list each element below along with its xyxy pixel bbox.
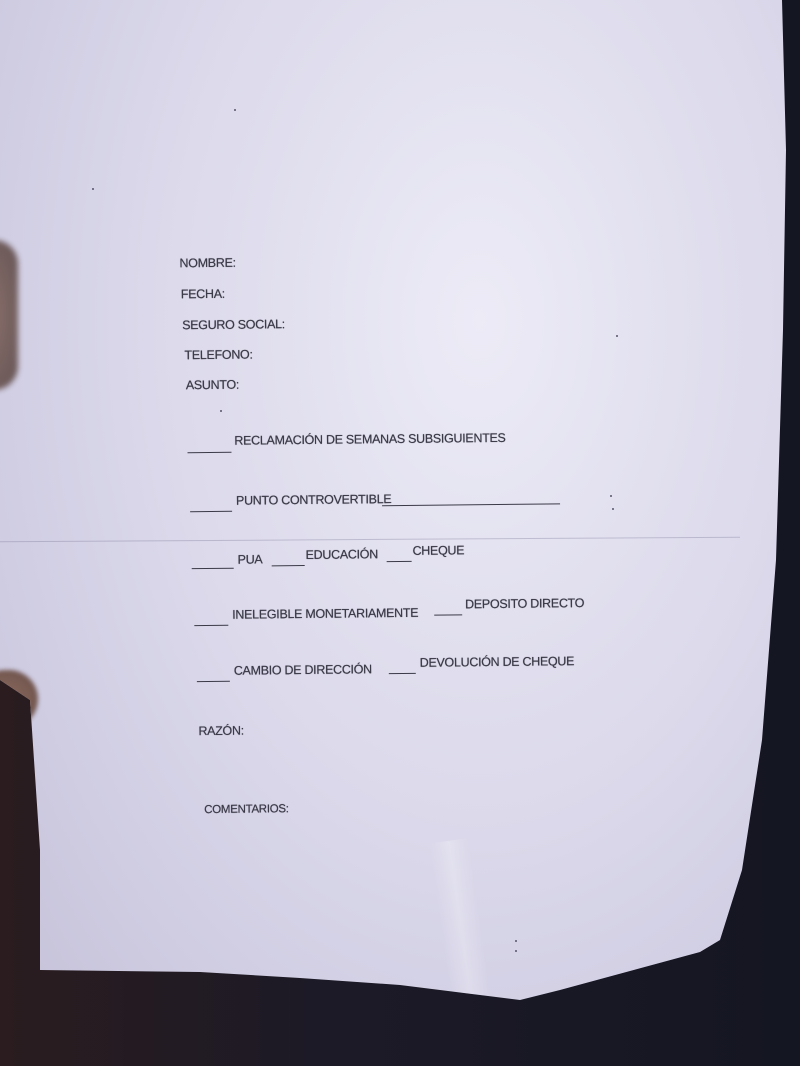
checkbox-blank-inelegible[interactable]	[194, 624, 228, 626]
field-asunto: ASUNTO:	[186, 378, 239, 393]
field-fecha: FECHA:	[181, 287, 225, 301]
checkbox-blank-cheque[interactable]	[387, 560, 412, 562]
checkbox-blank-educacion[interactable]	[272, 564, 305, 566]
option-cambio-direccion: CAMBIO DE DIRECCIÓN	[234, 662, 372, 677]
speck	[616, 335, 618, 337]
option-reclamacion-semanas: RECLAMACIÓN DE SEMANAS SUBSIGUIENTES	[234, 431, 505, 448]
punto-controvertible-fill-line[interactable]	[382, 502, 560, 506]
option-cheque: CHEQUE	[412, 543, 464, 558]
paper-sheet: NOMBRE: FECHA: SEGURO SOCIAL: TELEFONO: …	[0, 0, 800, 1066]
checkbox-blank-punto-controvertible[interactable]	[190, 510, 232, 512]
option-pua: PUA	[238, 552, 263, 566]
field-razon: RAZÓN:	[198, 724, 244, 738]
option-deposito-directo: DEPOSITO DIRECTO	[465, 596, 584, 611]
checkbox-blank-reclamacion[interactable]	[187, 451, 231, 453]
speck	[515, 950, 517, 952]
speck	[92, 188, 94, 190]
checkbox-blank-pua[interactable]	[192, 567, 234, 569]
option-inelegible-monetariamente: INELEGIBLE MONETARIAMENTE	[232, 606, 418, 622]
option-punto-controvertible: PUNTO CONTROVERTIBLE	[236, 492, 392, 508]
option-educacion: EDUCACIÓN	[305, 547, 377, 562]
checkbox-blank-cambio-direccion[interactable]	[197, 680, 230, 682]
field-seguro-social: SEGURO SOCIAL:	[182, 317, 285, 332]
speck	[612, 508, 614, 510]
option-devolucion-cheque: DEVOLUCIÓN DE CHEQUE	[420, 654, 575, 670]
speck	[515, 940, 517, 942]
form: NOMBRE: FECHA: SEGURO SOCIAL: TELEFONO: …	[0, 0, 800, 1066]
field-comentarios: COMENTARIOS:	[204, 803, 288, 816]
speck	[234, 109, 236, 111]
checkbox-blank-deposito[interactable]	[434, 613, 462, 615]
speck	[220, 410, 222, 412]
checkbox-blank-devolucion-cheque[interactable]	[389, 672, 416, 674]
field-telefono: TELEFONO:	[184, 348, 252, 363]
field-nombre: NOMBRE:	[179, 256, 235, 271]
speck	[610, 495, 612, 497]
